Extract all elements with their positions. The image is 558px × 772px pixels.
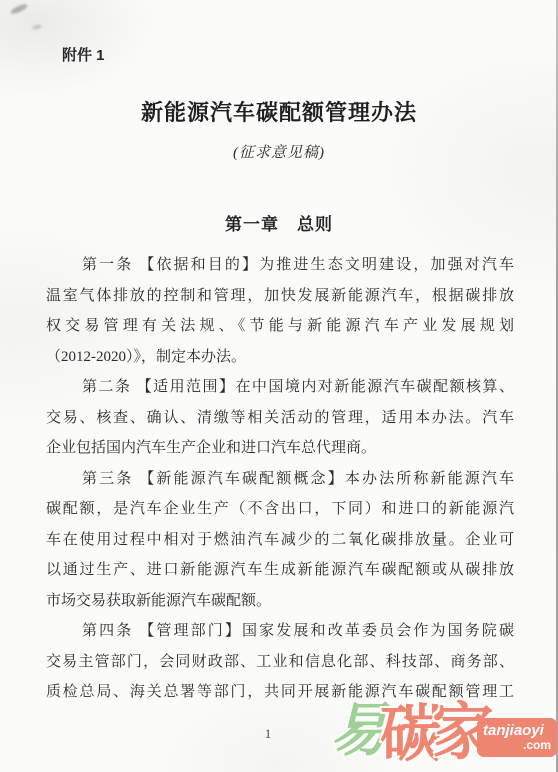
paragraph-line: 市场交易获取新能源汽车碳配额。 <box>46 586 514 617</box>
document-subtitle: (征求意见稿) <box>0 141 558 162</box>
paragraph-line: 第三条 【新能源汽车碳配额概念】本办法所称新能源汽车 <box>46 464 514 495</box>
watermark-domain-badge: tanjiaoyi .com <box>477 718 557 757</box>
watermark-domain-text: tanjiaoyi <box>483 722 551 739</box>
document-title: 新能源汽车碳配额管理办法 <box>0 96 558 127</box>
paragraph-line: 车在使用过程中相对于燃油汽车减少的二氧化碳排放量。企业可 <box>46 525 514 556</box>
attachment-label: 附件 1 <box>62 44 105 65</box>
paragraph-line: 企业包括国内汽车生产企业和进口汽车总代理商。 <box>46 433 514 464</box>
paragraph-line: 以通过生产、进口新能源汽车生成新能源汽车碳配额或从碳排放 <box>46 555 514 586</box>
paragraph-line: 第二条 【适用范围】在中国境内对新能源汽车碳配额核算、 <box>46 372 514 403</box>
watermark-char-yi: 易 <box>330 702 388 760</box>
page-number: 1 <box>258 726 278 742</box>
watermark-char-tan: 碳 <box>380 704 442 766</box>
paragraph-line: 第四条 【管理部门】国家发展和改革委员会作为国务院碳 <box>46 616 514 647</box>
document-body: 第一条 【依据和目的】为推进生态文明建设，加强对汽车 温室气体排放的控制和管理，… <box>46 250 514 708</box>
paragraph-line: 碳配额，是汽车企业生产（不含出口，下同）和进口的新能源汽 <box>46 494 514 525</box>
paragraph-line: 交易主管部门，会同财政部、工业和信息化部、科技部、商务部、 <box>46 647 514 678</box>
paragraph-line: 交易、核查、确认、清缴等相关活动的管理，适用本办法。汽车 <box>46 403 514 434</box>
scan-smudge <box>10 2 29 15</box>
paragraph-line: 温室气体排放的控制和管理，加快发展新能源汽车，根据碳排放 <box>46 281 514 312</box>
paragraph-line: 权交易管理有关法规、《节能与新能源汽车产业发展规划 <box>46 311 514 342</box>
watermark-char-jia: 家 <box>432 702 494 764</box>
paragraph-line: 质检总局、海关总署等部门，共同开展新能源汽车碳配额管理工 <box>46 677 514 708</box>
chapter-heading: 第一章 总则 <box>0 210 558 235</box>
paragraph-line: （2012-2020）》，制定本办法。 <box>46 342 514 373</box>
scanned-document-page: 附件 1 新能源汽车碳配额管理办法 (征求意见稿) 第一章 总则 第一条 【依据… <box>0 0 558 772</box>
scan-smudge <box>32 24 43 30</box>
paragraph-line: 第一条 【依据和目的】为推进生态文明建设，加强对汽车 <box>46 250 514 281</box>
watermark-domain-suffix: .com <box>483 739 551 752</box>
